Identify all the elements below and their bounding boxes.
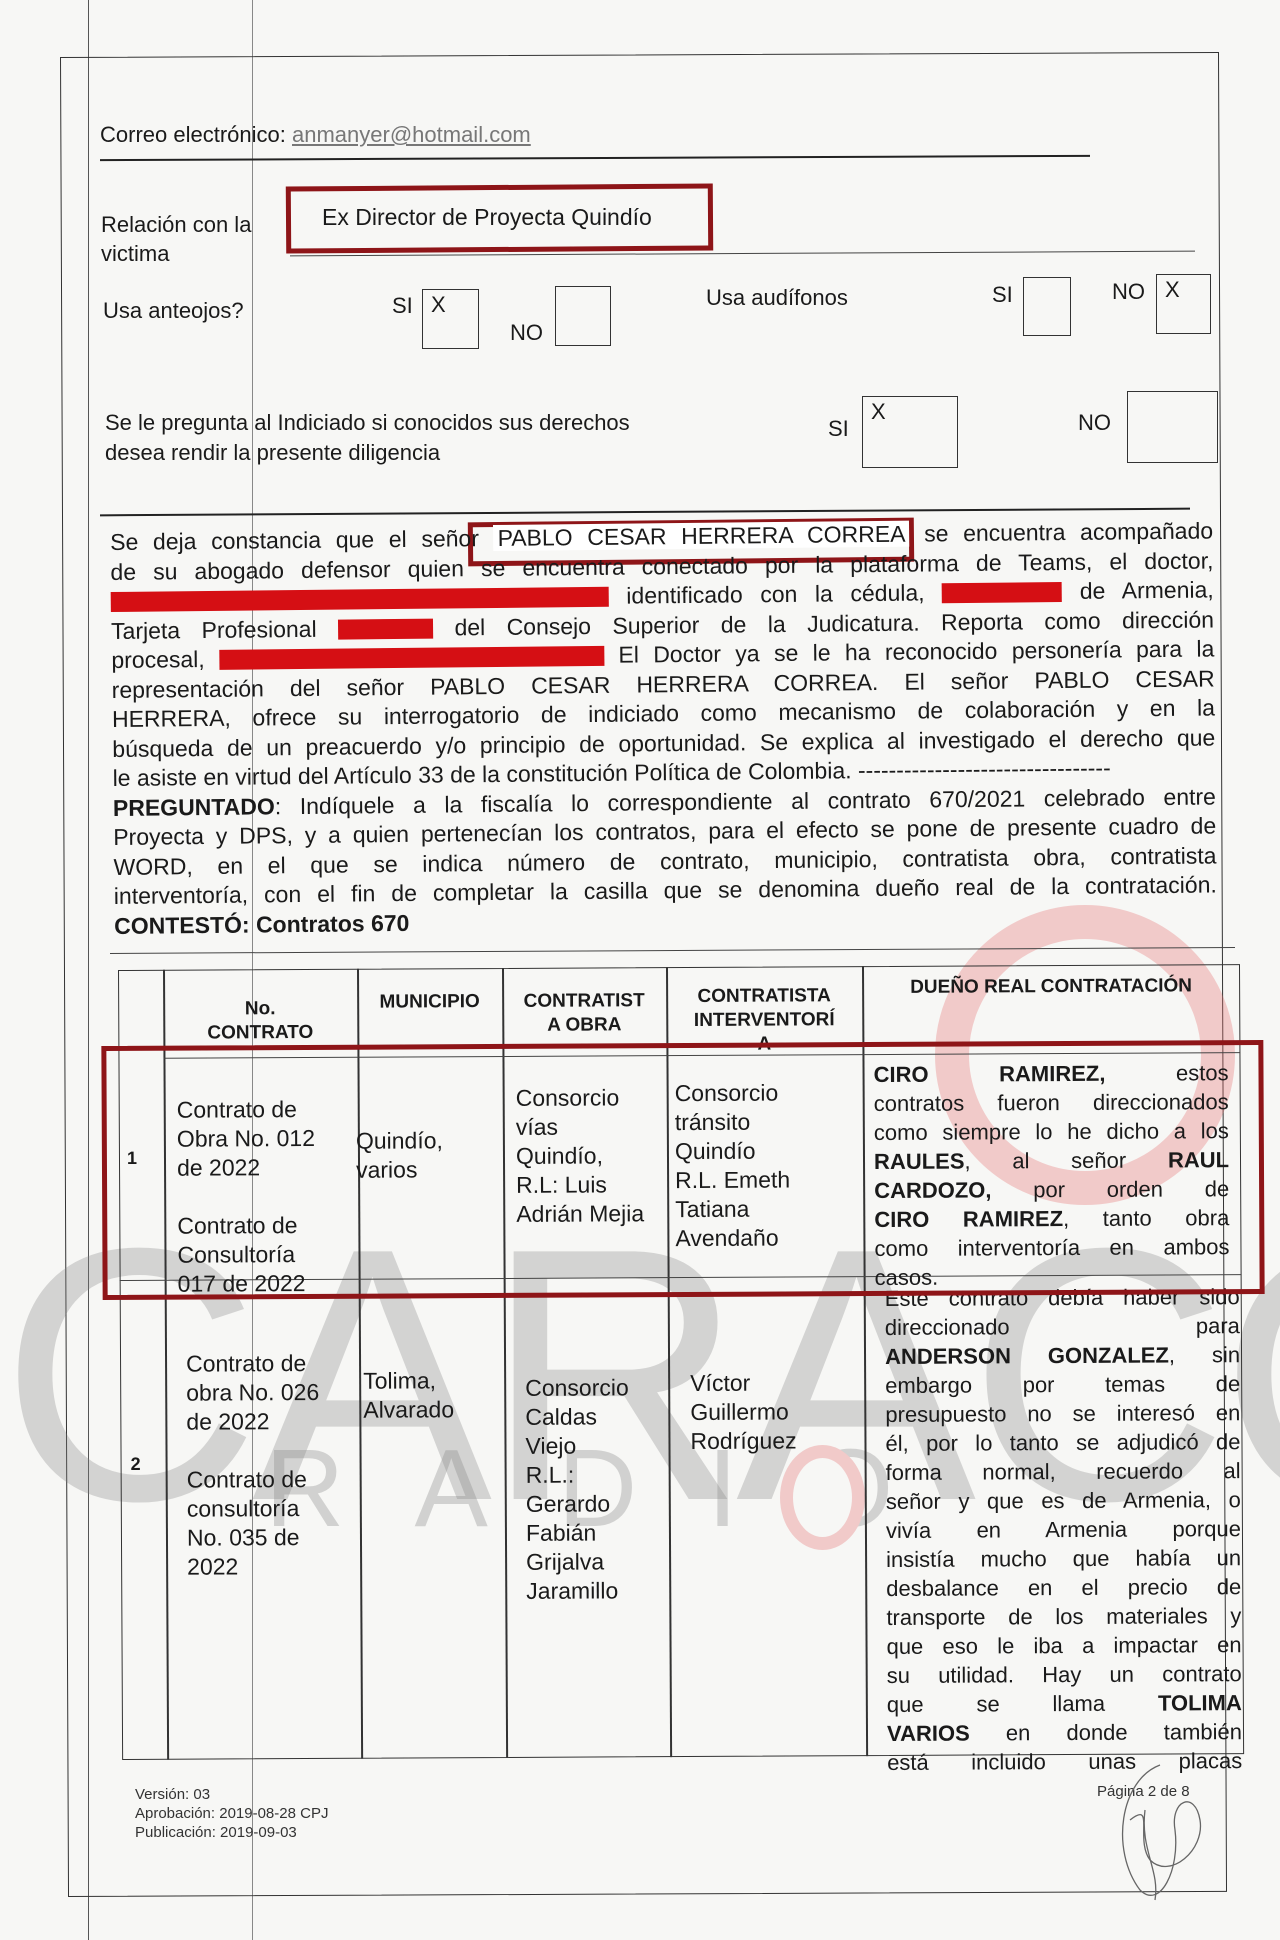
th-no-contrato: No. CONTRATO [163, 997, 357, 1046]
cell-contratista-interventoria: VíctorGuillermoRodríguez [690, 1368, 797, 1456]
hearing-label: Usa audífonos [706, 285, 848, 311]
rights-si-checkbox[interactable]: X [862, 396, 958, 468]
th-contratista-obra: CONTRATIST A OBRA [502, 989, 666, 1038]
signature-icon [1100, 1760, 1210, 1910]
th-municipio: MUNICIPIO [357, 990, 502, 1015]
glasses-si-label: SI [392, 293, 413, 319]
email-label: Correo electrónico: [100, 122, 286, 147]
relation-label: Relación con la victima [101, 210, 251, 268]
hearing-si-label: SI [992, 282, 1013, 308]
rights-si-label: SI [828, 416, 849, 442]
hearing-no-label: NO [1112, 279, 1145, 305]
relation-value: Ex Director de Proyecta Quindío [322, 204, 652, 231]
defendant-name: PABLO CESAR HERRERA CORREA [493, 521, 909, 551]
hearing-si-checkbox[interactable] [1023, 277, 1071, 336]
email-link[interactable]: anmanyer@hotmail.com [292, 122, 531, 147]
th-dueno-real: DUEÑO REAL CONTRATACIÓN [862, 974, 1240, 1000]
table-row: 2 Contrato deobra No. 026de 2022 Contrat… [120, 1274, 1244, 1760]
rights-no-label: NO [1078, 410, 1111, 436]
rights-question: Se le pregunta al Indiciado si conocidos… [105, 408, 630, 468]
cell-dueno-real: Este contrato debía haber sidodirecciona… [885, 1282, 1243, 1777]
row-number: 2 [131, 1450, 141, 1479]
redaction-address [219, 646, 604, 670]
footer-meta: Versión: 03 Aprobación: 2019-08-28 CPJ P… [135, 1785, 328, 1842]
email-row: Correo electrónico: anmanyer@hotmail.com [100, 122, 531, 148]
hearing-no-checkbox[interactable]: X [1156, 274, 1211, 334]
redaction-name [111, 587, 609, 612]
row1-highlight-box [101, 1040, 1264, 1300]
glasses-no-checkbox[interactable] [555, 286, 611, 346]
redaction-license [338, 618, 433, 639]
cell-contratista-obra: ConsorcioCaldasViejoR.L.:GerardoFabiánGr… [525, 1373, 630, 1606]
glasses-label: Usa anteojos? [103, 298, 244, 324]
statement-paragraph: Se deja constancia que el señor PABLO CE… [110, 516, 1217, 941]
glasses-no-label: NO [510, 320, 543, 346]
glasses-si-checkbox[interactable]: X [422, 289, 479, 349]
redaction-id [942, 582, 1062, 603]
cell-municipio: Tolima,Alvarado [363, 1366, 454, 1424]
cell-contrato: Contrato deobra No. 026de 2022 Contrato … [186, 1349, 320, 1582]
rights-no-checkbox[interactable] [1127, 391, 1218, 463]
